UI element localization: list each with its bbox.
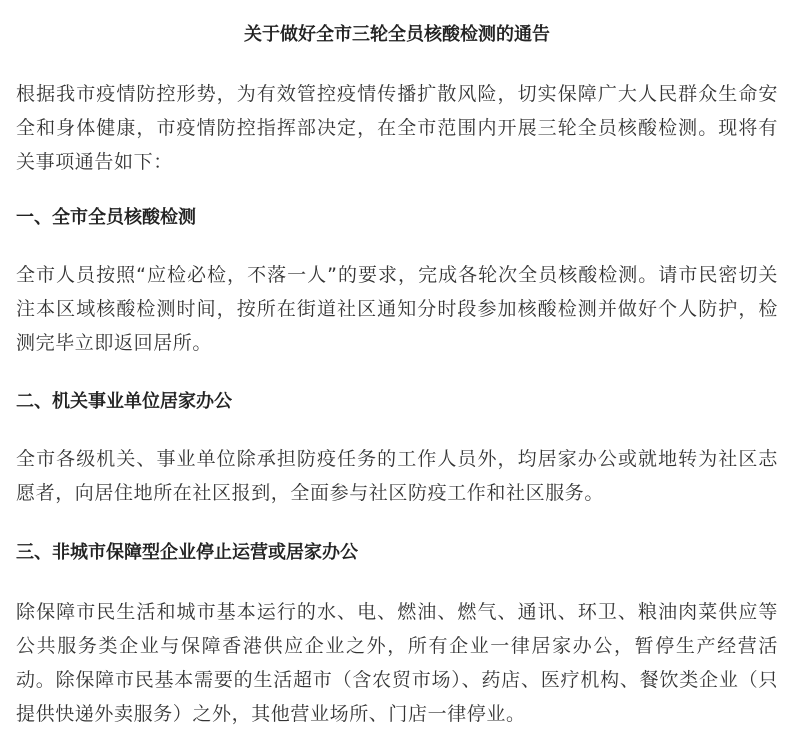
section-3-body: 除保障市民生活和城市基本运行的水、电、燃油、燃气、通讯、环卫、粮油肉菜供应等公共… <box>16 595 778 731</box>
intro-paragraph: 根据我市疫情防控形势，为有效管控疫情传播扩散风险，切实保障广大人民群众生命安全和… <box>16 77 778 179</box>
notice-document: 关于做好全市三轮全员核酸检测的通告 根据我市疫情防控形势，为有效管控疫情传播扩散… <box>0 0 794 736</box>
section-2-body: 全市各级机关、事业单位除承担防疫任务的工作人员外，均居家办公或就地转为社区志愿者… <box>16 442 778 510</box>
section-1-heading: 一、全市全员核酸检测 <box>16 205 196 231</box>
document-title: 关于做好全市三轮全员核酸检测的通告 <box>0 22 794 48</box>
section-2-heading: 二、机关事业单位居家办公 <box>16 389 232 415</box>
section-1-body: 全市人员按照“应检必检，不落一人”的要求，完成各轮次全员核酸检测。请市民密切关注… <box>16 258 778 360</box>
section-3-heading: 三、非城市保障型企业停止运营或居家办公 <box>16 540 358 566</box>
